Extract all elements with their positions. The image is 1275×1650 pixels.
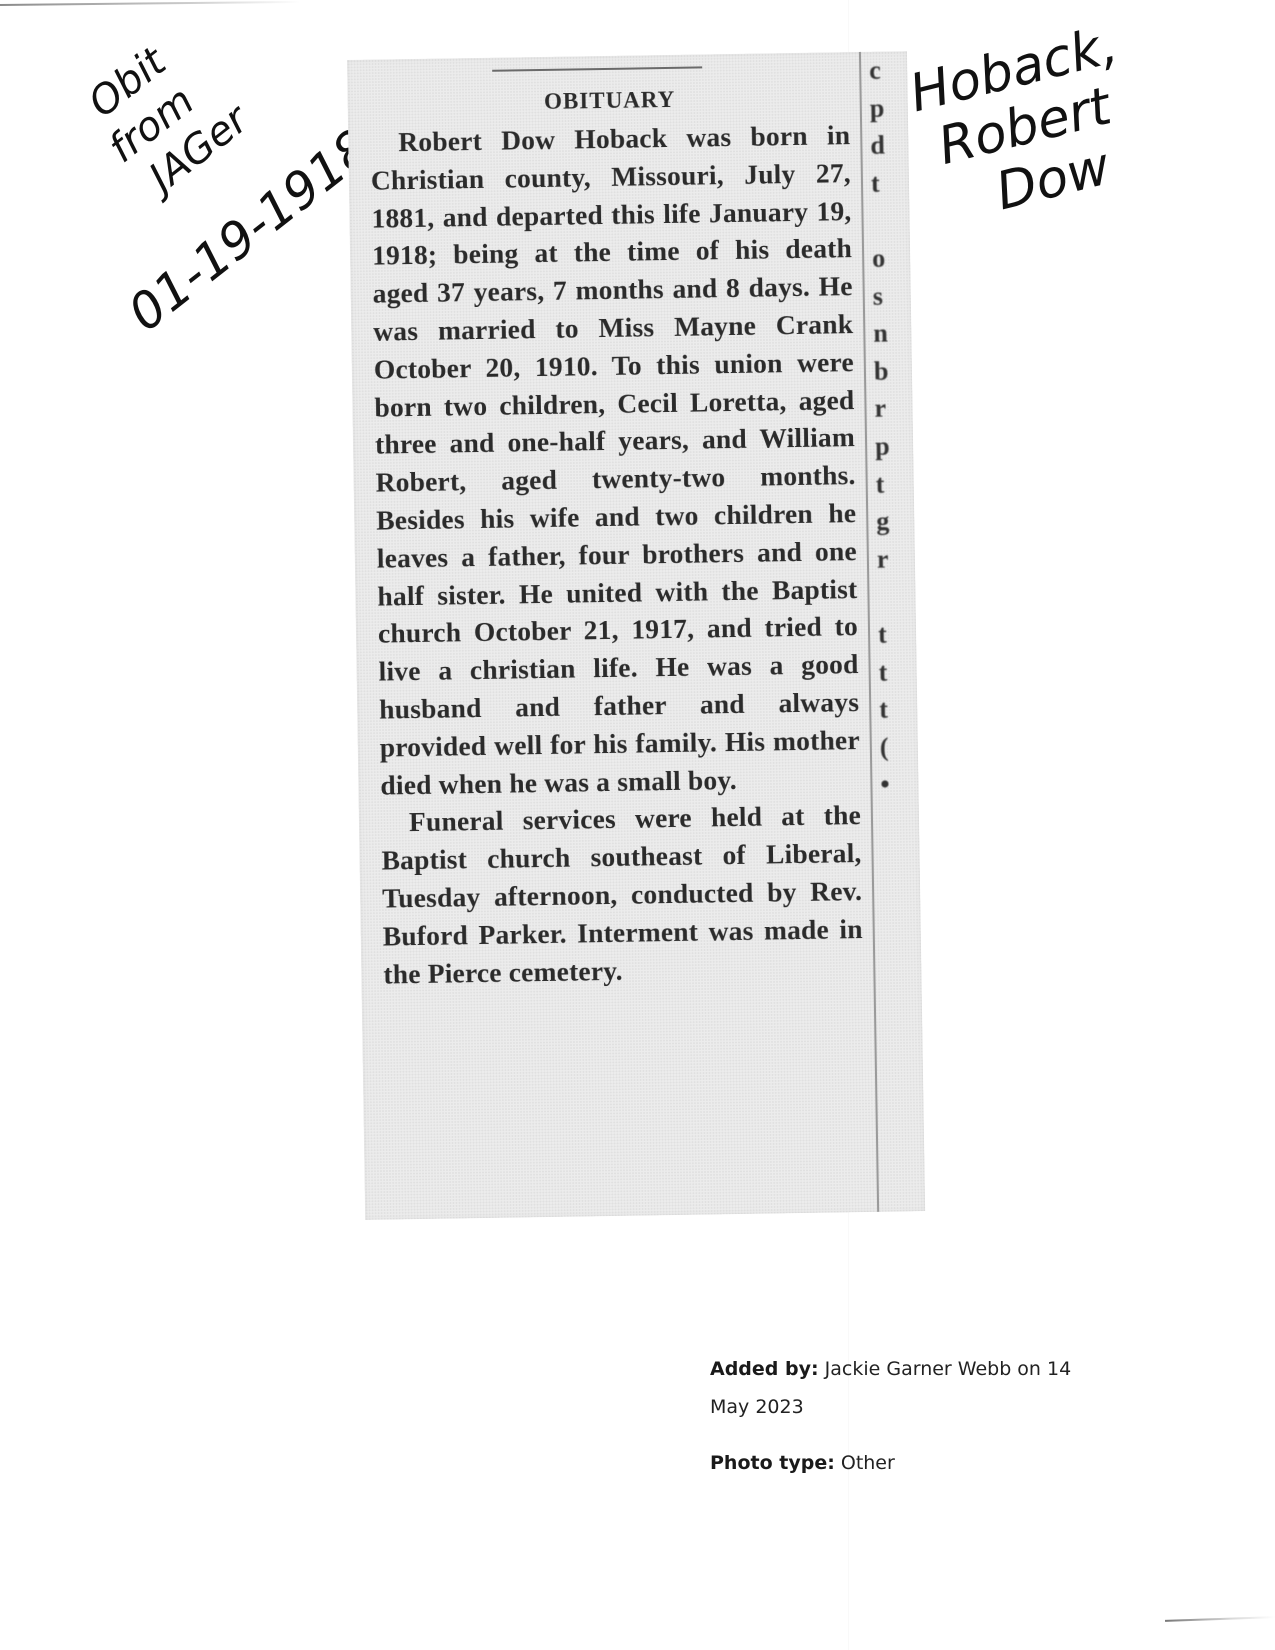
newspaper-clipping: OBITUARY Robert Dow Hoback was born in C… — [347, 51, 925, 1220]
fragment-glyph: • — [880, 765, 921, 803]
obituary-paragraph: Robert Dow Hoback was born in Christian … — [370, 116, 861, 804]
fragment-glyph: b — [874, 352, 915, 390]
photo-type-value: Other — [841, 1452, 895, 1474]
adjacent-column-fragment: cpdt osnbrptgr ttt(• — [869, 51, 921, 803]
fragment-glyph: t — [875, 465, 916, 503]
photo-type-row: Photo type: Other — [710, 1444, 1090, 1482]
handwritten-note-name: Hoback, Robert Dow — [905, 19, 1150, 233]
fragment-glyph: g — [876, 502, 917, 540]
scan-edge-top — [0, 1, 300, 6]
fragment-glyph: o — [872, 239, 913, 277]
fragment-glyph: t — [871, 164, 912, 202]
fragment-glyph: r — [877, 540, 918, 578]
photo-type-label: Photo type: — [710, 1452, 835, 1474]
fragment-glyph: s — [872, 277, 913, 315]
fragment-glyph: d — [870, 126, 911, 164]
fragment-glyph: t — [878, 615, 919, 653]
fragment-glyph: n — [873, 314, 914, 352]
fragment-glyph: p — [875, 427, 916, 465]
added-by-row: Added by: Jackie Garner Webb on 14 May 2… — [710, 1350, 1090, 1426]
fragment-glyph: ( — [880, 728, 921, 766]
fragment-glyph — [877, 577, 918, 615]
obituary-article: OBITUARY Robert Dow Hoback was born in C… — [369, 80, 863, 993]
fragment-glyph: t — [878, 653, 919, 691]
fragment-glyph: p — [870, 89, 911, 127]
fragment-glyph: t — [879, 690, 920, 728]
handwritten-note-source: Obit from JAGer — [60, 23, 255, 217]
scan-edge-bottom — [1165, 1616, 1275, 1622]
obituary-paragraph: Funeral services were held at the Baptis… — [381, 796, 864, 993]
obituary-headline: OBITUARY — [369, 80, 849, 122]
fragment-glyph: c — [869, 51, 910, 89]
fragment-glyph: r — [874, 389, 915, 427]
fragment-glyph — [871, 202, 912, 240]
added-by-label: Added by: — [710, 1358, 819, 1380]
header-rule — [492, 66, 702, 71]
photo-metadata: Added by: Jackie Garner Webb on 14 May 2… — [710, 1350, 1090, 1482]
